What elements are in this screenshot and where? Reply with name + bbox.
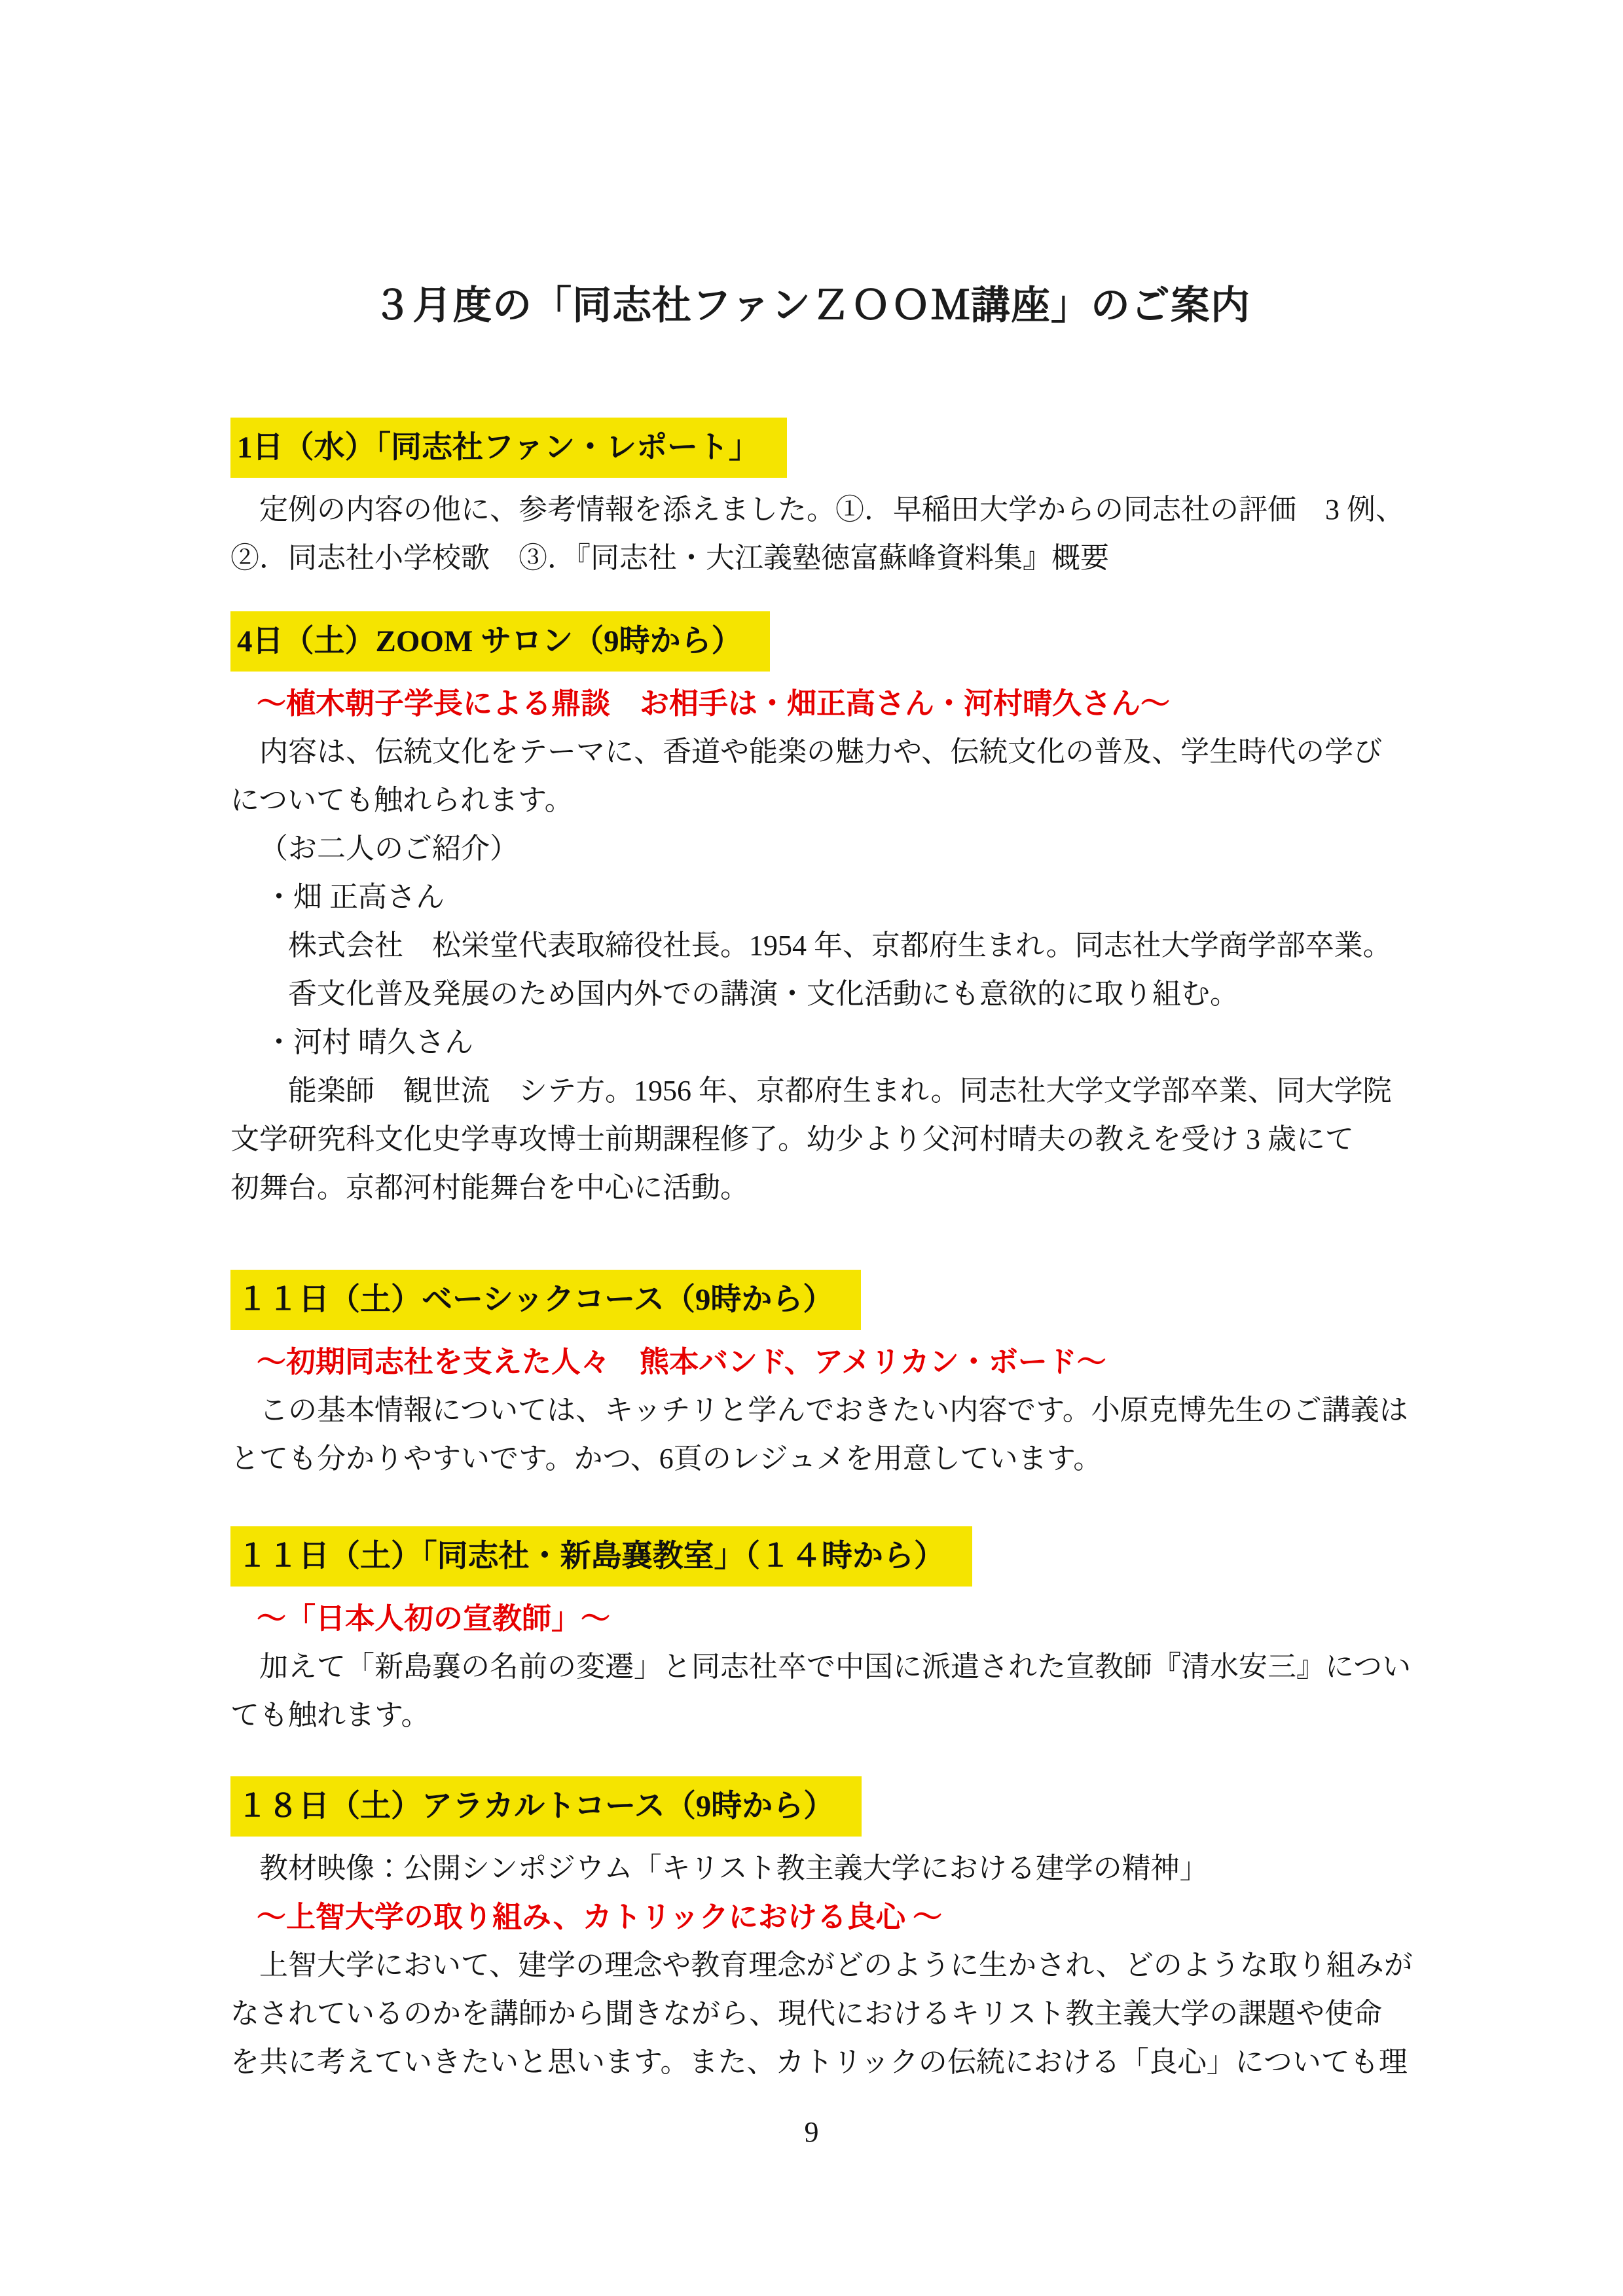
section-heading: １８日（土）アラカルトコース（9時から） (230, 1776, 862, 1837)
body-line: ても触れます。 (230, 1691, 1393, 1740)
body-line: 文学研究科文化史学専攻博士前期課程修了。幼少より父河村晴夫の教えを受け 3 歳に… (230, 1115, 1393, 1164)
section-subtitle: ～上智大学の取り組み、カトリックにおける良心 ～ (230, 1893, 1393, 1941)
document-page: ３月度の「同志社ファンＺＯＯＭ講座」のご案内 1日（水）「同志社ファン・レポート… (0, 0, 1623, 2296)
body-line: についても触れられます。 (230, 776, 1393, 825)
body-line: 上智大学において、建学の理念や教育理念がどのように生かされ、どのような取り組みが (230, 1941, 1393, 1990)
section-march-1: 1日（水）「同志社ファン・レポート」 定例の内容の他に、参考情報を添えました。①… (230, 418, 1393, 583)
lead-line: 教材映像：公開シンポジウム「キリスト教主義大学における建学の精神」 (230, 1844, 1393, 1893)
section-heading: １１日（土）「同志社・新島襄教室」（１４時から） (230, 1526, 972, 1587)
body-line: 香文化普及発展のため国内外での講演・文化活動にも意欲的に取り組む。 (230, 970, 1393, 1018)
body-line: 能楽師 観世流 シテ方。1956 年、京都府生まれ。同志社大学文学部卒業、同大学… (230, 1067, 1393, 1115)
body-line: 初舞台。京都河村能舞台を中心に活動。 (230, 1164, 1393, 1212)
heading-bar-wrap: 1日（水）「同志社ファン・レポート」 (230, 418, 1393, 478)
body-line: ・河村 晴久さん (230, 1018, 1393, 1067)
heading-bar-wrap: １８日（土）アラカルトコース（9時から） (230, 1776, 1393, 1837)
section-subtitle: ～「日本人初の宣教師」～ (230, 1594, 1393, 1643)
body-line: 定例の内容の他に、参考情報を添えました。①．早稲田大学からの同志社の評価 3 例… (230, 486, 1393, 534)
section-heading: １１日（土）ベーシックコース（9時から） (230, 1270, 861, 1330)
section-march-11-neesima: １１日（土）「同志社・新島襄教室」（１４時から） ～「日本人初の宣教師」～ 加え… (230, 1526, 1393, 1740)
heading-bar-wrap: 4日（土）ZOOM サロン（9時から） (230, 611, 1393, 672)
body-line: を共に考えていきたいと思います。また、カトリックの伝統における「良心」についても… (230, 2038, 1393, 2087)
heading-bar-wrap: １１日（土）ベーシックコース（9時から） (230, 1270, 1393, 1330)
section-subtitle: ～植木朝子学長による鼎談 お相手は・畑正高さん・河村晴久さん～ (230, 679, 1393, 728)
heading-bar-wrap: １１日（土）「同志社・新島襄教室」（１４時から） (230, 1526, 1393, 1587)
page-number: 9 (230, 2113, 1393, 2152)
section-subtitle: ～初期同志社を支えた人々 熊本バンド、アメリカン・ボード～ (230, 1338, 1393, 1386)
section-heading: 4日（土）ZOOM サロン（9時から） (230, 611, 770, 672)
body-line: ・畑 正高さん (230, 873, 1393, 922)
body-line: この基本情報については、キッチリと学んでおきたい内容です。小原克博先生のご講義は (230, 1386, 1393, 1435)
section-march-4: 4日（土）ZOOM サロン（9時から） ～植木朝子学長による鼎談 お相手は・畑正… (230, 611, 1393, 1212)
body-line: ②．同志社小学校歌 ③．『同志社・大江義塾徳富蘇峰資料集』概要 (230, 534, 1393, 583)
body-line: 内容は、伝統文化をテーマに、香道や能楽の魅力や、伝統文化の普及、学生時代の学び (230, 728, 1393, 776)
body-line: 株式会社 松栄堂代表取締役社長。1954 年、京都府生まれ。同志社大学商学部卒業… (230, 922, 1393, 970)
body-line: 加えて「新島襄の名前の変遷」と同志社卒で中国に派遣された宣教師『清水安三』につい (230, 1643, 1393, 1691)
section-march-11-basic: １１日（土）ベーシックコース（9時から） ～初期同志社を支えた人々 熊本バンド、… (230, 1270, 1393, 1483)
body-line: とても分かりやすいです。かつ、6頁のレジュメを用意しています。 (230, 1435, 1393, 1483)
section-heading: 1日（水）「同志社ファン・レポート」 (230, 418, 787, 478)
body-line: なされているのかを講師から聞きながら、現代におけるキリスト教主義大学の課題や使命 (230, 1990, 1393, 2038)
body-line: （お二人のご紹介） (230, 825, 1393, 873)
section-march-18: １８日（土）アラカルトコース（9時から） 教材映像：公開シンポジウム「キリスト教… (230, 1776, 1393, 2087)
page-title: ３月度の「同志社ファンＺＯＯＭ講座」のご案内 (230, 278, 1393, 334)
